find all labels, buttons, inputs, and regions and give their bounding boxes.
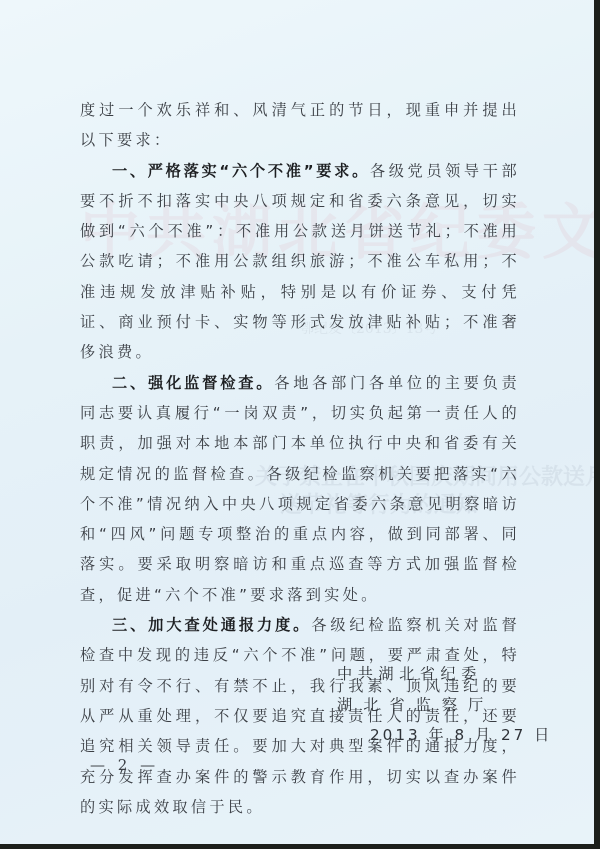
- requirement-3-paragraph: 三、加大查处通报力度。各级纪检监察机关对监督检查中发现的违反“六个不准”问题，要…: [80, 610, 520, 822]
- requirement-1-text: 各级党员领导干部要不折不扣落实中央八项规定和省委六条意见，切实做到“六个不准”：…: [80, 162, 520, 362]
- page-number: — 2 —: [90, 756, 159, 774]
- requirement-1-paragraph: 一、严格落实“六个不准”要求。各级党员领导干部要不折不扣落实中央八项规定和省委六…: [80, 156, 520, 368]
- paragraph-text: 度过一个欢乐祥和、风清气正的节日，现重申并提出以下要求：: [80, 101, 520, 149]
- signature-date: 2013 年 8 月 27 日: [370, 724, 552, 745]
- signature-issuer-supervision-dept: 湖北省监察厅: [337, 694, 494, 715]
- requirement-3-heading: 三、加大查处通报力度。: [112, 616, 311, 634]
- requirement-1-heading: 一、严格落实“六个不准”要求。: [112, 162, 370, 180]
- scanned-page: 中共湖北省纪委文件 鄂纪发〔2013〕13号 关于禁止在中秋国庆期间用公款送月饼…: [0, 0, 594, 844]
- requirement-2-text: 各地各部门各单位的主要负责同志要认真履行“一岗双责”，切实负起第一责任人的职责，…: [80, 374, 520, 604]
- intro-paragraph: 度过一个欢乐祥和、风清气正的节日，现重申并提出以下要求：: [80, 95, 520, 156]
- requirement-2-heading: 二、强化监督检查。: [112, 374, 274, 392]
- requirement-2-paragraph: 二、强化监督检查。各地各部门各单位的主要负责同志要认真履行“一岗双责”，切实负起…: [80, 368, 520, 610]
- requirement-3-text: 各级纪检监察机关对监督检查中发现的违反“六个不准”问题，要严肃查处，特别对有令不…: [80, 616, 520, 816]
- signature-issuer-commission: 中共湖北省纪委: [337, 663, 482, 684]
